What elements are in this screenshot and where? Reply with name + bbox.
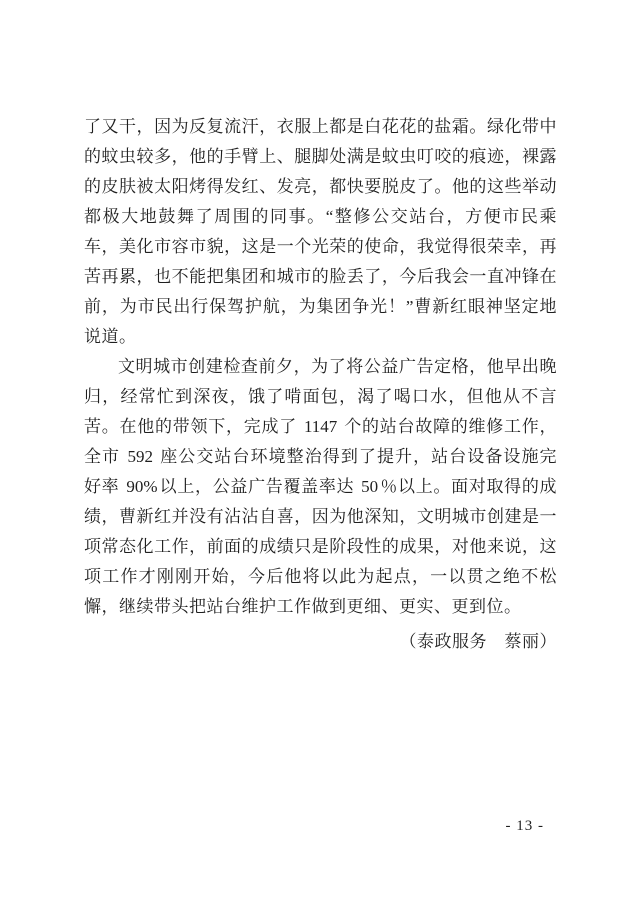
numeric-value: 592 (125, 447, 155, 466)
page-number: - 13 - (506, 817, 545, 835)
numeric-value: 50 (359, 477, 380, 496)
document-page: 了又干，因为反复流汗，衣服上都是白花花的盐霜。绿化带中的蚊虫较多，他的手臂上、腿… (0, 0, 636, 900)
document-body: 了又干，因为反复流汗，衣服上都是白花花的盐霜。绿化带中的蚊虫较多，他的手臂上、腿… (84, 112, 557, 657)
attribution-line: （泰政服务 蔡丽） (84, 627, 557, 657)
paragraph-continuation: 了又干，因为反复流汗，衣服上都是白花花的盐霜。绿化带中的蚊虫较多，他的手臂上、腿… (84, 112, 557, 352)
numeric-value: 1147 (302, 417, 339, 436)
paragraph-second: 文明城市创建检查前夕，为了将公益广告定格，他早出晚归，经常忙到深夜，饿了啃面包，… (84, 352, 557, 622)
numeric-value: 90% (124, 477, 159, 496)
